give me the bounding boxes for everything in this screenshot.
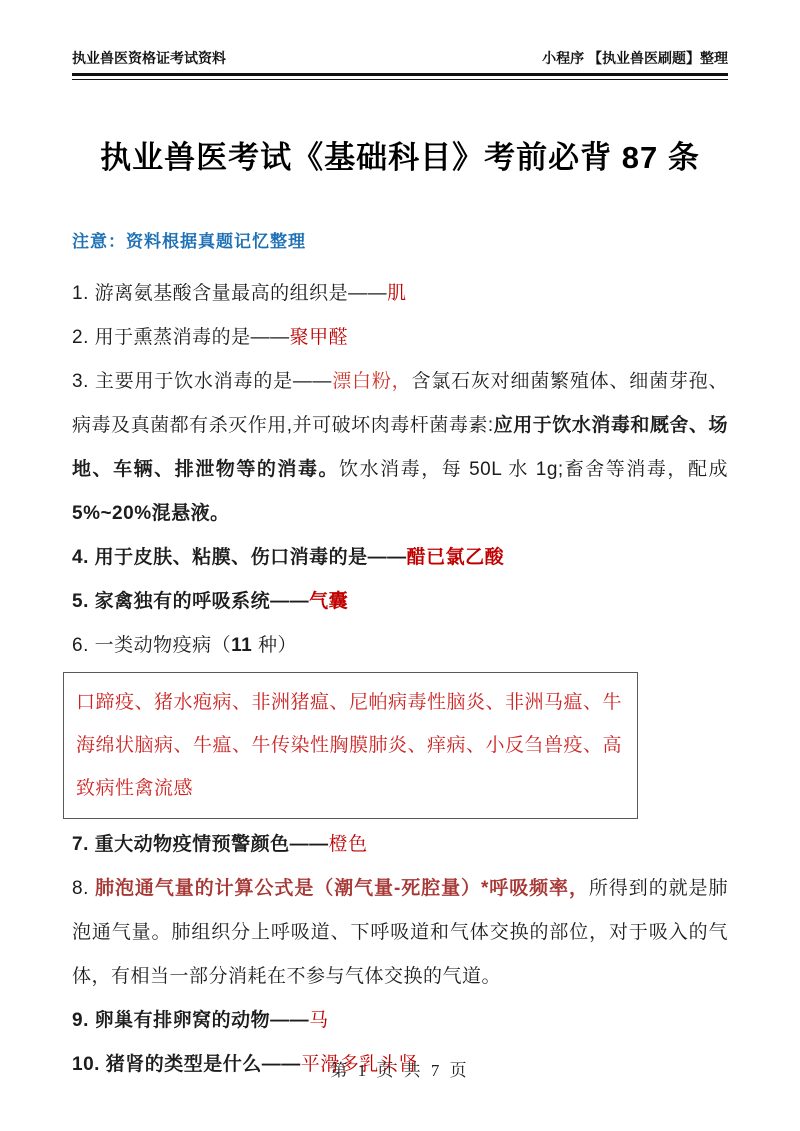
list-item item-6: 6. 一类动物疫病（11 种）: [72, 624, 728, 668]
header-rule: [72, 73, 728, 80]
text-segment: 醋已氯乙酸: [407, 547, 505, 568]
page-header: 执业兽医资格证考试资料 小程序 【执业兽医刷题】整理: [72, 0, 728, 68]
list-item item-1: 1. 游离氨基酸含量最高的组织是——肌: [72, 272, 728, 316]
list-item item-7: 7. 重大动物疫情预警颜色——橙色: [72, 823, 728, 867]
class-one-disease-box: 口蹄疫、猪水疱病、非洲猪瘟、尼帕病毒性脑炎、非洲马瘟、牛海绵状脑病、牛瘟、牛传染…: [63, 672, 638, 819]
page-title: 执业兽医考试《基础科目》考前必背 87 条: [72, 132, 728, 177]
list-item item-9: 9. 卵巢有排卵窝的动物——马: [72, 999, 728, 1043]
header-left-text: 执业兽医资格证考试资料: [72, 48, 226, 68]
text-segment: 肺泡通气量的计算公式是（潮气量-死腔量）*呼吸频率，: [95, 878, 589, 899]
text-segment: 11: [231, 635, 252, 656]
item-list: 1. 游离氨基酸含量最高的组织是——肌2. 用于熏蒸消毒的是——聚甲醛3. 主要…: [72, 272, 728, 1087]
text-segment: 马: [309, 1010, 329, 1031]
header-right-text: 小程序 【执业兽医刷题】整理: [542, 48, 728, 68]
text-segment: 9. 卵巢有排卵窝的动物——: [72, 1010, 309, 1031]
text-segment: 2. 用于熏蒸消毒的是——: [72, 327, 290, 348]
text-segment: 气囊: [309, 591, 348, 612]
text-segment: 6. 一类动物疫病（: [72, 635, 231, 656]
list-item item-4: 4. 用于皮肤、粘膜、伤口消毒的是——醋已氯乙酸: [72, 536, 728, 580]
text-segment: 口蹄疫、猪水疱病、非洲猪瘟、尼帕病毒性脑炎、非洲马瘟、牛海绵状脑病、牛瘟、牛传染…: [76, 692, 622, 799]
text-segment: 种）: [252, 635, 297, 656]
list-item item-5: 5. 家禽独有的呼吸系统——气囊: [72, 580, 728, 624]
text-segment: 5. 家禽独有的呼吸系统——: [72, 591, 309, 612]
notice-text: 注意：资料根据真题记忆整理: [72, 227, 728, 252]
text-segment: 5%~20%混悬液。: [72, 503, 230, 524]
page-number: 第 1 页 共 7 页: [0, 1056, 800, 1081]
text-segment: 聚甲醛: [290, 327, 349, 348]
text-segment: 1. 游离氨基酸含量最高的组织是——: [72, 283, 387, 304]
text-segment: 3. 主要用于饮水消毒的是——: [72, 371, 332, 392]
document-page: 执业兽医资格证考试资料 小程序 【执业兽医刷题】整理 执业兽医考试《基础科目》考…: [0, 0, 800, 1131]
text-segment: 橙色: [329, 834, 368, 855]
text-segment: 8.: [72, 878, 95, 899]
list-item item-8: 8. 肺泡通气量的计算公式是（潮气量-死腔量）*呼吸频率，所得到的就是肺泡通气量…: [72, 867, 728, 999]
text-segment: 4. 用于皮肤、粘膜、伤口消毒的是——: [72, 547, 407, 568]
list-item item-2: 2. 用于熏蒸消毒的是——聚甲醛: [72, 316, 728, 360]
text-segment: 饮水消毒，每 50L 水 1g;畜舍等消毒，配成: [339, 459, 728, 480]
text-segment: 漂白粉，: [332, 371, 412, 392]
text-segment: 7. 重大动物疫情预警颜色——: [72, 834, 329, 855]
text-segment: 肌: [387, 283, 407, 304]
list-item item-3: 3. 主要用于饮水消毒的是——漂白粉，含氯石灰对细菌繁殖体、细菌芽孢、病毒及真菌…: [72, 360, 728, 536]
